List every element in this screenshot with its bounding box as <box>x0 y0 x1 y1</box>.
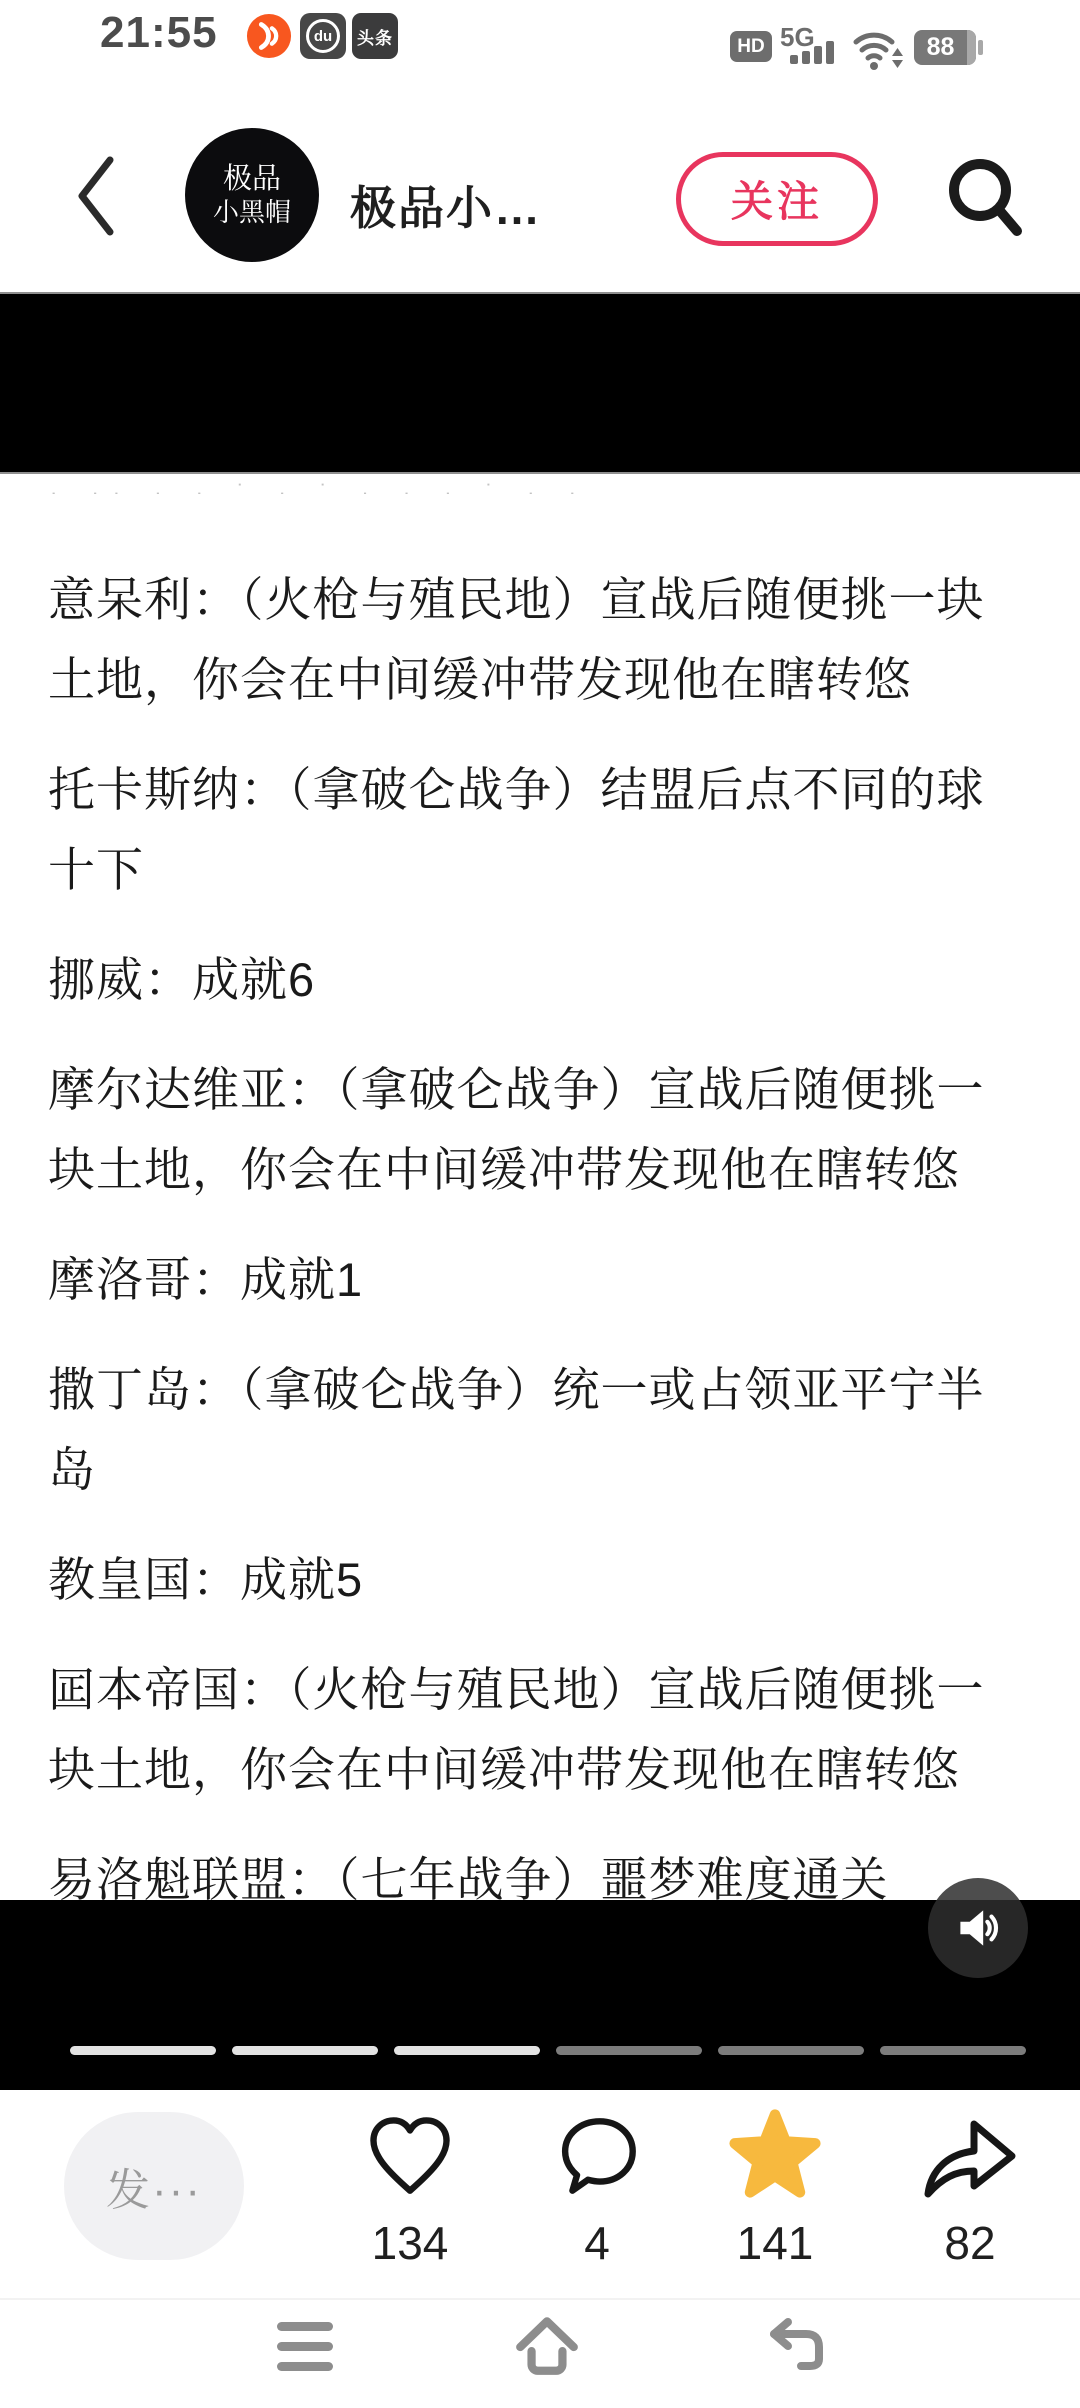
toutiao-notification-icon: 头条 <box>352 13 398 59</box>
battery-empty-cap <box>967 30 976 65</box>
author-avatar[interactable]: 极品 小黑帽 <box>185 128 319 262</box>
list-item: 撒丁岛：（拿破仑战争）统一或占领亚平宁半岛 <box>48 1350 1032 1510</box>
achievement-list: 意呆利：（火枪与殖民地）宣战后随便挑一块土地，你会在中间缓冲带发现他在瞎转悠 托… <box>48 560 1032 1950</box>
engagement-bar: 发··· 134 4 141 82 <box>0 2090 1080 2300</box>
comment-icon[interactable] <box>556 2114 640 2198</box>
clipped-previous-line: · ·· · · ˙ · ˙ · · · ˙ · · <box>50 480 1030 494</box>
progress-segment[interactable] <box>70 2046 216 2055</box>
app-screen: 21:55 du 头条 HD 5G 88 <box>0 0 1080 2408</box>
du-icon-label: du <box>306 19 340 53</box>
article-content: · ·· · · ˙ · ˙ · · · ˙ · · 意呆利：（火枪与殖民地）宣… <box>0 474 1080 1900</box>
favorite-count: 141 <box>695 2216 855 2270</box>
audio-app-notification-icon <box>246 13 292 59</box>
author-name-title[interactable]: 极品小… <box>350 172 542 238</box>
search-icon[interactable] <box>944 156 1028 240</box>
title-bar: 极品 小黑帽 极品小… 关注 <box>0 70 1080 292</box>
home-button[interactable] <box>512 2312 582 2378</box>
battery-nub <box>978 40 983 55</box>
list-item: 摩尔达维亚：（拿破仑战争）宣战后随便挑一块土地，你会在中间缓冲带发现他在瞎转悠 <box>48 1050 1032 1210</box>
follow-button[interactable]: 关注 <box>676 152 878 246</box>
back-nav-button[interactable] <box>760 2316 828 2374</box>
share-count: 82 <box>890 2216 1050 2270</box>
recent-apps-button[interactable] <box>277 2322 333 2372</box>
list-item: 教皇国：成就5 <box>48 1540 1032 1620</box>
speaker-icon <box>949 1899 1007 1957</box>
status-bar: 21:55 du 头条 HD 5G 88 <box>0 0 1080 70</box>
sound-toggle-button[interactable] <box>928 1878 1028 1978</box>
battery-percent: 88 <box>914 30 967 65</box>
signal-strength-icon <box>790 40 842 64</box>
wifi-icon <box>850 26 906 72</box>
progress-segment[interactable] <box>718 2046 864 2055</box>
like-count: 134 <box>330 2216 490 2270</box>
progress-segment[interactable] <box>880 2046 1026 2055</box>
video-player-bottom[interactable] <box>0 1900 1080 2090</box>
list-item: 摩洛哥：成就1 <box>48 1240 1032 1320</box>
system-nav-bar <box>0 2298 1080 2408</box>
clock: 21:55 <box>100 8 218 58</box>
comment-count: 4 <box>517 2216 677 2270</box>
list-item: 托卡斯纳：（拿破仑战争）结盟后点不同的球十下 <box>48 750 1032 910</box>
like-icon[interactable] <box>364 2114 456 2198</box>
list-item: 囸本帝国：（火枪与殖民地）宣战后随便挑一块土地，你会在中间缓冲带发现他在瞎转悠 <box>48 1650 1032 1810</box>
back-button[interactable] <box>74 156 116 236</box>
list-item: 意呆利：（火枪与殖民地）宣战后随便挑一块土地，你会在中间缓冲带发现他在瞎转悠 <box>48 560 1032 720</box>
avatar-text-line2: 小黑帽 <box>213 196 291 228</box>
favorite-star-icon[interactable] <box>727 2106 823 2200</box>
progress-segment[interactable] <box>394 2046 540 2055</box>
du-search-notification-icon: du <box>300 13 346 59</box>
avatar-text-line1: 极品 <box>223 162 281 196</box>
progress-segment[interactable] <box>232 2046 378 2055</box>
danmu-input[interactable]: 发··· <box>64 2112 244 2260</box>
list-item: 挪威：成就6 <box>48 940 1032 1020</box>
progress-segment[interactable] <box>556 2046 702 2055</box>
share-icon[interactable] <box>916 2114 1024 2200</box>
video-player-top[interactable] <box>0 292 1080 474</box>
battery-indicator: 88 <box>914 30 976 65</box>
hd-call-badge: HD <box>730 31 772 62</box>
